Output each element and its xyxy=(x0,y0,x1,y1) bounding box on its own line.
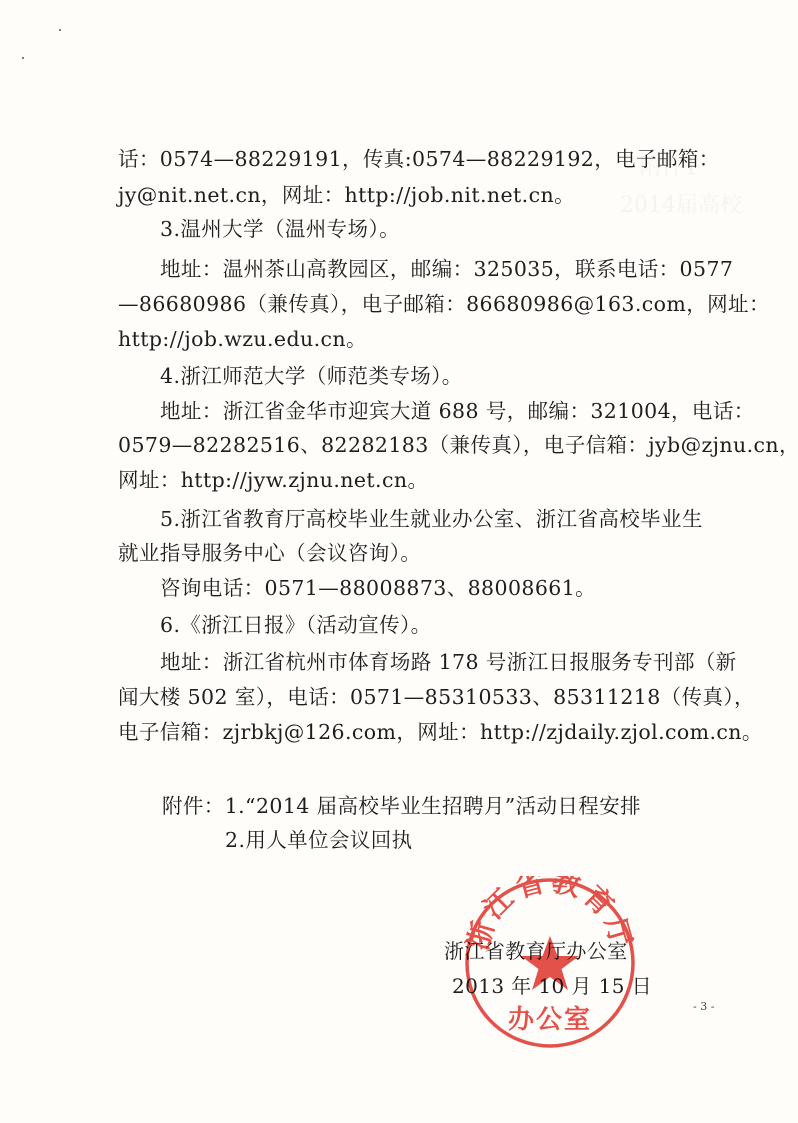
body-line: 地址：温州茶山高教园区，邮编：325035，联系电话：0577 xyxy=(160,255,733,283)
body-line: 地址：浙江省杭州市体育场路 178 号浙江日报服务专刊部（新 xyxy=(160,648,737,676)
body-line: 地址：浙江省金华市迎宾大道 688 号，邮编：321004，电话： xyxy=(160,397,755,425)
body-line: 网址：http://jyw.zjnu.net.cn。 xyxy=(118,466,428,494)
section-heading: 6.《浙江日报》（活动宣传）。 xyxy=(160,611,432,639)
body-line: 就业指导服务中心（会议咨询）。 xyxy=(118,539,421,567)
body-line: 话：0574—88229191，传真:0574—88229192，电子邮箱： xyxy=(118,145,720,173)
issue-date: 2013 年 10 月 15 日 xyxy=(452,972,652,1000)
scan-speck xyxy=(59,29,61,31)
attachment-item-2: 2.用人单位会议回执 xyxy=(225,826,413,854)
section-heading: 5.浙江省教育厅高校毕业生就业办公室、浙江省高校毕业生 xyxy=(160,505,703,533)
issuer-signature: 浙江省教育厅办公室 xyxy=(444,937,628,965)
body-line: jy@nit.net.cn，网址：http://job.nit.net.cn。 xyxy=(118,181,575,209)
svg-text:办公室: 办公室 xyxy=(508,1005,592,1035)
scan-speck xyxy=(22,57,24,59)
body-line: 电子信箱：zjrbkj@126.com，网址：http://zjdaily.zj… xyxy=(118,718,763,746)
section-heading: 4.浙江师范大学（师范类专场）。 xyxy=(160,362,463,390)
body-line: http://job.wzu.edu.cn。 xyxy=(118,325,367,353)
body-line: 咨询电话：0571—88008873、88008661。 xyxy=(160,574,596,602)
attachments-label: 附件：1.“2014 届高校毕业生招聘月”活动日程安排 xyxy=(162,792,641,820)
body-line: 闻大楼 502 室），电话：0571—85310533、85311218（传真）… xyxy=(118,683,755,711)
page-number: - 3 - xyxy=(693,1000,714,1013)
attachments-prefix: 附件： xyxy=(162,794,225,818)
section-heading: 3.温州大学（温州专场）。 xyxy=(160,215,400,243)
bleed-through-text: 2014届高校 xyxy=(620,188,742,219)
attachment-item-1: 1.“2014 届高校毕业生招聘月”活动日程安排 xyxy=(225,794,641,818)
body-line: 0579—82282516、82282183（兼传真），电子信箱：jyb@zjn… xyxy=(118,431,798,459)
body-line: —86680986（兼传真），电子邮箱：86680986@163.com，网址： xyxy=(118,290,770,318)
